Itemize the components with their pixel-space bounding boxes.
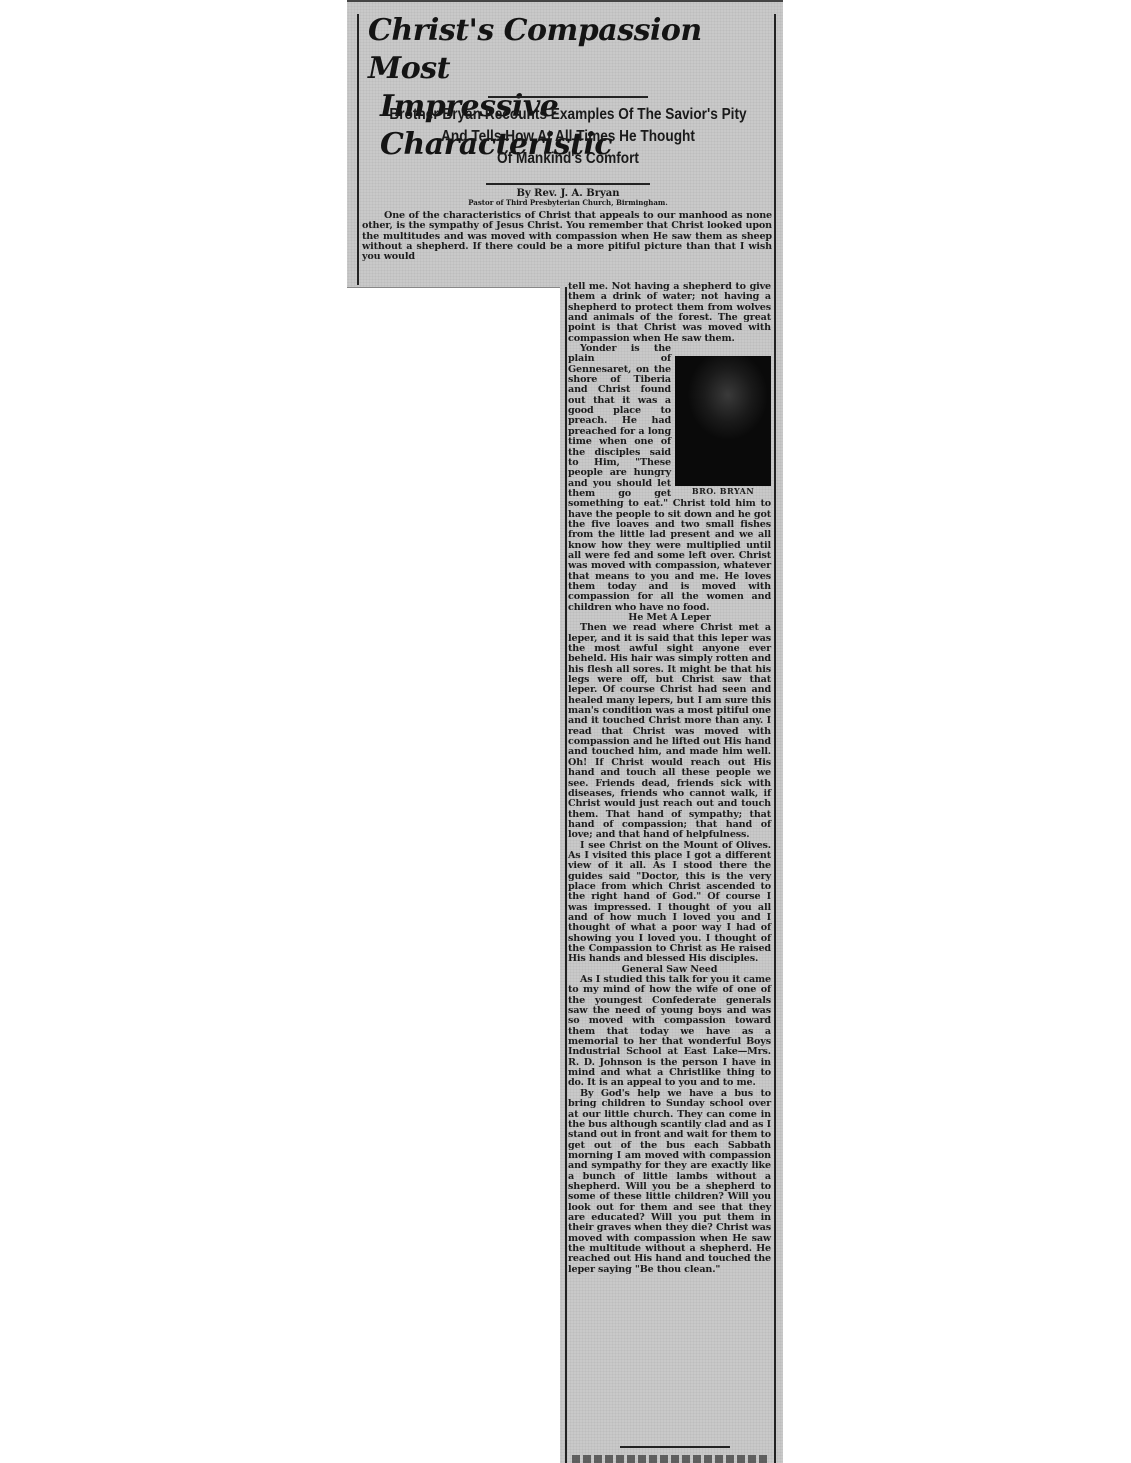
column-rule-right [774, 14, 776, 1463]
column-rule-left [357, 14, 359, 285]
clipping-cut-edge [347, 287, 560, 288]
headline-divider [488, 96, 648, 98]
intro-paragraph: One of the characteristics of Christ tha… [362, 211, 772, 263]
deck-divider [486, 183, 650, 185]
body-paragraph: Then we read where Christ met a leper, a… [568, 623, 771, 840]
body-paragraph: As I studied this talk for you it came t… [568, 975, 771, 1089]
body-paragraph: tell me. Not having a shepherd to give t… [568, 282, 771, 344]
article-end-rule [620, 1446, 730, 1448]
deck-line-1: Brother Bryan Recounts Examples Of The S… [385, 104, 751, 126]
next-article-headline-fragment [572, 1455, 767, 1463]
article-column: tell me. Not having a shepherd to give t… [568, 280, 771, 1275]
byline: By Rev. J. A. Bryan Pastor of Third Pres… [362, 188, 774, 207]
column-rule-left-lower [565, 287, 567, 1463]
article-intro: One of the characteristics of Christ tha… [362, 211, 772, 263]
article-deck: Brother Bryan Recounts Examples Of The S… [385, 104, 751, 170]
deck-line-3: Of Mankind's Comfort [385, 148, 751, 170]
deck-line-2: And Tells How At All Times He Thought [385, 126, 751, 148]
body-paragraph: By God's help we have a bus to bring chi… [568, 1089, 771, 1275]
portrait-photo-icon [675, 356, 771, 486]
photo-caption: BRO. BRYAN [675, 486, 771, 497]
portrait-photo: BRO. BRYAN [675, 356, 771, 497]
body-paragraph: I see Christ on the Mount of Olives. As … [568, 841, 771, 965]
byline-title: Pastor of Third Presbyterian Church, Bir… [362, 199, 774, 207]
headline-line-1: Christ's Compassion Most [362, 12, 774, 88]
